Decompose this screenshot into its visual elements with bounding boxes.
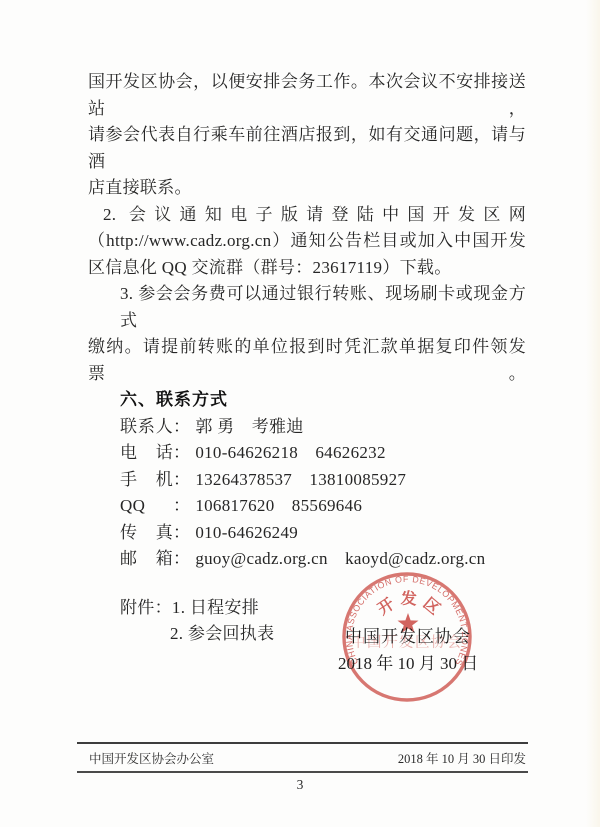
contact-label: 邮箱 — [120, 546, 173, 573]
contact-row: 传真：010-64626249 — [88, 520, 526, 547]
contact-row: 联系人：郭 勇 考雅迪 — [88, 414, 526, 441]
contact-label: 传真 — [120, 520, 173, 547]
contact-row: QQ：106817620 85569646 — [88, 493, 526, 520]
contact-label: 联系人 — [120, 414, 173, 441]
body-line: 店直接联系。 — [88, 175, 526, 202]
contact-value: guoy@cadz.org.cn kaoyd@cadz.org.cn — [195, 549, 485, 568]
footer-rule-bottom — [77, 771, 528, 773]
body-line: 请参会代表自行乘车前往酒店报到，如有交通问题，请与酒 — [88, 122, 526, 175]
body-line: 3. 参会会务费可以通过银行转账、现场刷卡或现金方式 — [88, 281, 526, 334]
document-page: 国开发区协会，以便安排会务工作。本次会议不安排接送站， 请参会代表自行乘车前往酒… — [0, 0, 600, 827]
contact-colon: ： — [173, 523, 190, 542]
footer: 中国开发区协会办公室 2018 年 10 月 30 日印发 — [77, 747, 528, 769]
section-heading: 六、联系方式 — [88, 387, 526, 414]
contact-label: 手机 — [120, 467, 173, 494]
page-number: 3 — [0, 777, 600, 793]
signature-date: 2018 年 10 月 30 日 — [338, 653, 478, 675]
contact-colon: ： — [173, 417, 190, 436]
attachments-colon: ： — [155, 598, 172, 617]
footer-print-date: 2018 年 10 月 30 日印发 — [398, 749, 528, 767]
contact-row: 电话：010-64626218 64626232 — [88, 440, 526, 467]
body-line: 2. 会议通知电子版请登陆中国开发区网 — [88, 202, 526, 229]
signature-org: 中国开发区协会 — [345, 626, 471, 648]
contact-colon: ： — [173, 496, 190, 515]
document-body: 国开发区协会，以便安排会务工作。本次会议不安排接送站， 请参会代表自行乘车前往酒… — [88, 69, 526, 648]
body-line: （http://www.cadz.org.cn）通知公告栏目或加入中国开发 — [88, 228, 526, 255]
contact-value: 010-64626218 64626232 — [195, 443, 385, 462]
body-line: 区信息化 QQ 交流群（群号：23617119）下载。 — [88, 255, 526, 282]
contact-colon: ： — [173, 549, 190, 568]
attachment-item: 1. 日程安排 — [172, 598, 259, 617]
contact-colon: ： — [173, 443, 190, 462]
attachments-label: 附件 — [120, 598, 155, 617]
footer-rule-top — [77, 742, 528, 744]
contact-colon: ： — [173, 470, 190, 489]
footer-office: 中国开发区协会办公室 — [77, 749, 214, 767]
contact-label: QQ — [120, 493, 173, 520]
contact-value: 106817620 85569646 — [195, 496, 362, 515]
contact-label: 电话 — [120, 440, 173, 467]
body-line: 国开发区协会，以便安排会务工作。本次会议不安排接送站， — [88, 69, 526, 122]
contact-value: 13264378537 13810085927 — [195, 470, 406, 489]
body-line: 缴纳。请提前转账的单位报到时凭汇款单据复印件领发票。 — [88, 334, 526, 387]
contact-row: 手机：13264378537 13810085927 — [88, 467, 526, 494]
seal-arc-chars: 开发区 — [374, 588, 447, 621]
contact-value: 010-64626249 — [195, 523, 298, 542]
contact-value: 郭 勇 考雅迪 — [195, 417, 303, 436]
attachment-item: 2. 参会回执表 — [170, 624, 274, 643]
